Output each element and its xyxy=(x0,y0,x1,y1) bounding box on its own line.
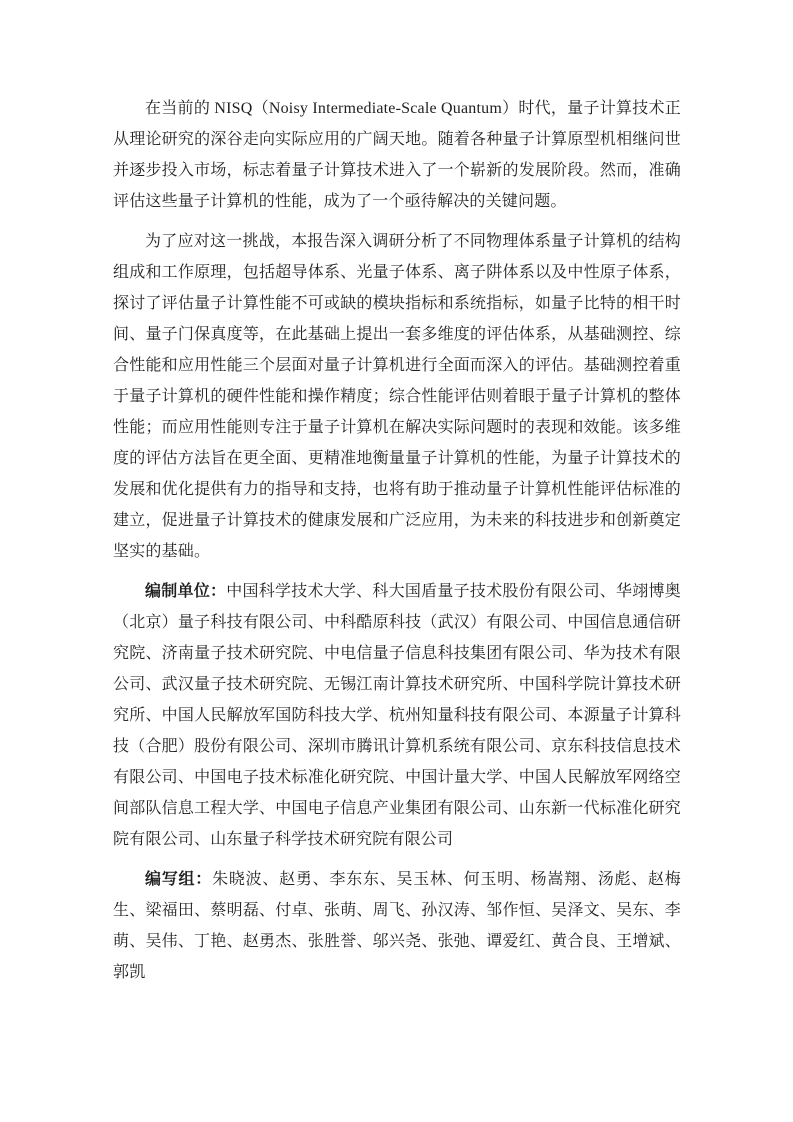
document-page: 在当前的 NISQ（Noisy Intermediate-Scale Quant… xyxy=(0,0,793,1122)
writing-group-label: 编写组： xyxy=(145,871,212,888)
compiling-organizations-paragraph: 编制单位：中国科学技术大学、科大国盾量子技术股份有限公司、华翊博奥（北京）量子科… xyxy=(113,576,681,855)
paragraph-report-overview: 为了应对这一挑战，本报告深入调研分析了不同物理体系量子计算机的结构组成和工作原理… xyxy=(113,226,681,567)
compiling-organizations-label: 编制单位： xyxy=(145,583,226,600)
paragraph-nisq-intro: 在当前的 NISQ（Noisy Intermediate-Scale Quant… xyxy=(113,93,681,217)
page-content: 在当前的 NISQ（Noisy Intermediate-Scale Quant… xyxy=(113,93,681,988)
compiling-organizations-text: 中国科学技术大学、科大国盾量子技术股份有限公司、华翊博奥（北京）量子科技有限公司… xyxy=(113,583,681,848)
writing-group-paragraph: 编写组：朱晓波、赵勇、李东东、吴玉林、何玉明、杨嵩翔、汤彪、赵梅生、梁福田、蔡明… xyxy=(113,864,681,988)
